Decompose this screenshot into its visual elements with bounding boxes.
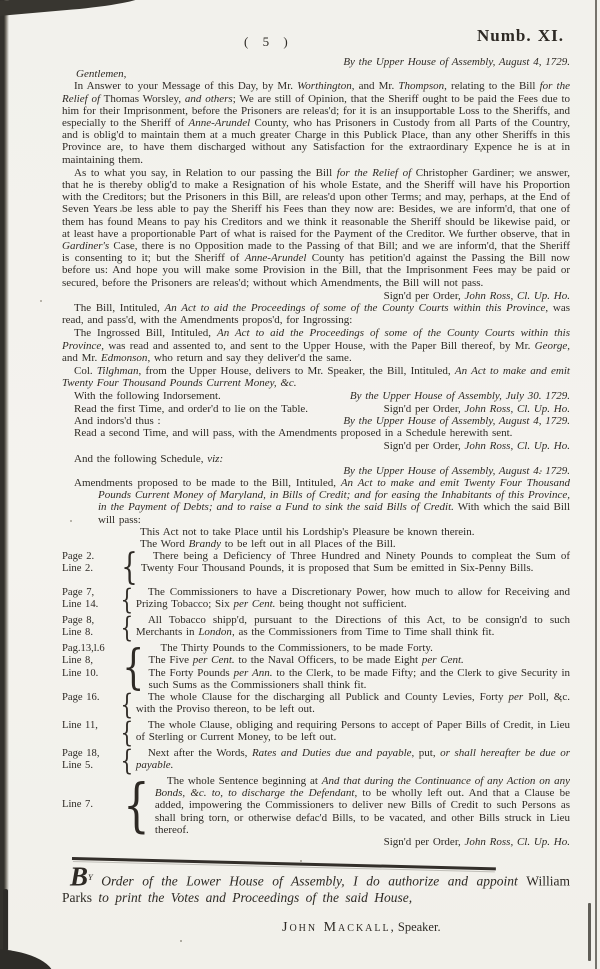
text-segment: Col. bbox=[74, 365, 97, 377]
text-segment: per Cent. bbox=[422, 654, 464, 666]
dateline-upper-house-aug: By the Upper House of Assembly, August 4… bbox=[62, 56, 570, 68]
schedule-label: Line 10. bbox=[62, 668, 118, 680]
schedule-row-page2: Page 2. Line 2. There being a Deficiency… bbox=[62, 550, 570, 586]
dateline-upper-house-aug-2: By the Upper House of Assembly, August 4… bbox=[343, 415, 570, 427]
signoff-john-ross-2: Sign'd per Order, John Ross, Cl. Up. Ho. bbox=[384, 403, 570, 415]
text-segment: By the Upper House of Assembly, July 30.… bbox=[350, 390, 570, 402]
dateline-upper-house-aug-3: By the Upper House of Assembly, August 4… bbox=[62, 465, 570, 477]
paragraph-bill-read: The Bill, Intituled, An Act to aid the P… bbox=[62, 302, 570, 326]
schedule-labels: Page 8, Line 8. bbox=[62, 614, 118, 642]
scanned-document-page: ( 5 ) Numb. XI. By the Upper House of As… bbox=[0, 0, 600, 969]
text-segment: John Ross, Cl. Up. Ho. bbox=[465, 403, 570, 415]
ink-smear-top-left bbox=[0, 0, 142, 17]
schedule-label: Line 11, bbox=[62, 720, 118, 732]
text-segment: John Ross, Cl. Up. Ho. bbox=[465, 290, 570, 302]
schedule-text: The Commissioners to have a Discretionar… bbox=[136, 586, 570, 614]
brace-glyph bbox=[118, 691, 136, 719]
schedule-label: Page 2. bbox=[62, 551, 118, 563]
text-segment: Anne-Arundel bbox=[189, 117, 251, 129]
text-segment: , as the Commissioners from Time to Time… bbox=[232, 626, 494, 638]
read-first-time: Read the first Time, and order'd to lie … bbox=[62, 403, 308, 415]
text-segment: Sign'd per Order, bbox=[384, 290, 465, 302]
text-segment: , who return and say they deliver'd the … bbox=[147, 352, 351, 364]
text-segment: Order of the Lower House of Assembly, I … bbox=[93, 874, 527, 889]
salutation: Gentlemen, bbox=[62, 68, 570, 80]
text-segment: The Ingrossed Bill, Intituled, bbox=[74, 327, 217, 339]
text-segment: , and Mr. bbox=[352, 80, 399, 92]
text-segment: London bbox=[198, 626, 232, 638]
text-segment: John Mackall bbox=[282, 920, 391, 935]
text-segment: By the Upper House of Assembly, August 4… bbox=[343, 415, 570, 427]
schedule-row-page13: Pag.13,l.6 Line 8, Line 10. The Thirty P… bbox=[62, 642, 570, 691]
text-segment: , Speaker. bbox=[391, 920, 441, 934]
text-segment: per Ann. bbox=[234, 667, 273, 679]
schedule-label: Page 18, bbox=[62, 748, 118, 760]
ink-blot-bottom-left bbox=[0, 949, 54, 969]
page-header: ( 5 ) Numb. XI. bbox=[62, 30, 570, 56]
text-segment: being thought not sufficient. bbox=[275, 598, 406, 610]
text-segment: , was read and assented to, and sent to … bbox=[101, 340, 534, 352]
text-segment: The whole Clause, obliging and requiring… bbox=[136, 719, 570, 743]
ink-streak-bottom-left bbox=[3, 889, 8, 951]
issue-number: Numb. XI. bbox=[477, 30, 564, 42]
brace-glyph bbox=[118, 586, 136, 614]
brace-glyph bbox=[118, 642, 149, 691]
paragraph-amendments-proposed: Amendments proposed to be made to the Bi… bbox=[62, 477, 570, 526]
text-segment: , put, bbox=[412, 747, 441, 759]
text-segment: An Act to aid the Proceedings of some of… bbox=[165, 302, 546, 314]
schedule-text: The Thirty Pounds to the Commissioners, … bbox=[149, 642, 570, 691]
text-segment: Amendments proposed to be made to the Bi… bbox=[74, 477, 341, 489]
page-content: ( 5 ) Numb. XI. By the Upper House of As… bbox=[62, 30, 570, 934]
text-segment: There being a Deficiency of Three Hundre… bbox=[141, 550, 570, 574]
schedule-label: Line 14. bbox=[62, 599, 118, 611]
indorsd-thus: And indors'd thus : bbox=[62, 415, 161, 427]
schedule-text: There being a Deficiency of Three Hundre… bbox=[141, 550, 570, 586]
text-segment: to print the Votes and Proceedings of th… bbox=[92, 890, 412, 905]
text-segment: per Cent. bbox=[193, 654, 235, 666]
text-segment: By the Upper House of Assembly, August 4… bbox=[343, 56, 570, 68]
schedule-label: Pag.13,l.6 bbox=[62, 643, 118, 655]
schedule-label: Page 7, bbox=[62, 587, 118, 599]
text-segment: Rates and Duties due and payable bbox=[252, 747, 412, 759]
binding-shadow-left bbox=[0, 0, 9, 969]
schedule-text: All Tobacco shipp'd, pursuant to the Dir… bbox=[136, 614, 570, 642]
schedule-labels: Line 7. bbox=[62, 775, 118, 836]
text-segment: Gentlemen, bbox=[76, 68, 126, 80]
text-segment: , relating to the Bill bbox=[444, 80, 539, 92]
text-segment: The whole Clause for the discharging all… bbox=[148, 691, 509, 703]
schedule-labels: Page 18, Line 5. bbox=[62, 747, 118, 775]
text-segment: The Bill, Intituled, bbox=[74, 302, 165, 314]
dateline-upper-house-july: By the Upper House of Assembly, July 30.… bbox=[350, 390, 570, 402]
text-segment: Sign'd per Order, bbox=[384, 836, 465, 848]
text-segment: Sign'd per Order, bbox=[384, 440, 465, 452]
brace-glyph bbox=[118, 775, 155, 836]
schedule-label: Page 16. bbox=[62, 692, 118, 704]
text-segment: Next after the Words, bbox=[148, 747, 252, 759]
text-segment: And the following Schedule, bbox=[74, 453, 207, 465]
text-segment: , from the Upper House, delivers to Mr. … bbox=[138, 365, 454, 377]
text-segment: The Word bbox=[140, 538, 189, 550]
schedule-text: The whole Clause, obliging and requiring… bbox=[136, 719, 570, 747]
schedule-row-page7: Page 7, Line 14. The Commissioners to ha… bbox=[62, 586, 570, 614]
page-edge-line-right bbox=[595, 0, 597, 969]
paragraph-answer-to-message: In Answer to your Message of this Day, b… bbox=[62, 80, 570, 165]
schedule-label: Line 8, bbox=[62, 655, 118, 667]
schedule-row-line7: Line 7. The whole Sentence beginning at … bbox=[62, 775, 570, 836]
amendment-general-lordship: This Act not to take Place until his Lor… bbox=[62, 526, 570, 538]
text-segment: As to what you say, in Relation to our p… bbox=[74, 167, 337, 179]
schedule-labels: Page 7, Line 14. bbox=[62, 586, 118, 614]
schedule-follows: And the following Schedule, viz: bbox=[62, 453, 570, 465]
text-segment: Tilghman bbox=[97, 365, 139, 377]
divider-rule bbox=[72, 857, 496, 870]
paragraph-read-second-time: Read a second Time, and will pass, with … bbox=[62, 427, 570, 439]
brace-glyph bbox=[118, 719, 136, 747]
amendment-general-brandy: The Word Brandy to be left out in all Pl… bbox=[62, 538, 570, 550]
text-segment: per Cent. bbox=[233, 598, 275, 610]
schedule-labels: Page 2. Line 2. bbox=[62, 550, 118, 586]
text-segment: The whole Sentence beginning at bbox=[167, 775, 322, 787]
text-segment: to the Naval Officers, to be made Eight bbox=[235, 654, 422, 666]
read-first-row: Read the first Time, and order'd to lie … bbox=[62, 403, 570, 415]
indorsement-row: With the following Indorsement. By the U… bbox=[62, 390, 570, 402]
text-segment: Thomas Worsley, bbox=[100, 93, 185, 105]
paragraph-ingrossed-bill: The Ingrossed Bill, Intituled, An Act to… bbox=[62, 327, 570, 364]
text-segment: Sign'd per Order, bbox=[384, 403, 465, 415]
text-segment: John Ross, Cl. Up. Ho. bbox=[465, 836, 570, 848]
brace-glyph bbox=[118, 550, 141, 586]
text-segment: By the Upper House of Assembly, August 4… bbox=[343, 465, 570, 477]
signoff-john-ross-1: Sign'd per Order, John Ross, Cl. Up. Ho. bbox=[62, 290, 570, 302]
text-segment: and others bbox=[185, 93, 233, 105]
schedule-label: Line 8. bbox=[62, 627, 118, 639]
schedule-label: Line 2. bbox=[62, 563, 118, 575]
paragraph-gardiner-relief: As to what you say, in Relation to our p… bbox=[62, 167, 570, 289]
schedule-row-page16: Page 16. The whole Clause for the discha… bbox=[62, 691, 570, 719]
speaker-signature: John Mackall, Speaker. bbox=[62, 921, 570, 934]
indorsement-label: With the following Indorsement. bbox=[62, 390, 221, 402]
schedule-text: The whole Clause for the discharging all… bbox=[136, 691, 570, 719]
text-segment: Thompson bbox=[398, 80, 444, 92]
schedule-label: Line 7. bbox=[62, 799, 118, 811]
text-segment: B bbox=[70, 862, 88, 892]
text-segment: to be left out in all Places of the Bill… bbox=[221, 538, 396, 550]
schedule-label: Page 8, bbox=[62, 615, 118, 627]
text-segment: Brandy bbox=[189, 538, 221, 550]
schedule-label: Line 5. bbox=[62, 760, 118, 772]
text-segment: George bbox=[535, 340, 568, 352]
text-segment: In Answer to your Message of this Day, b… bbox=[74, 80, 297, 92]
ink-mark-bottom-right bbox=[588, 903, 591, 961]
text-segment: Read the first Time, and order'd to lie … bbox=[74, 403, 308, 415]
printing-authorization: BY Order of the Lower House of Assembly,… bbox=[62, 870, 570, 907]
text-segment: This Act not to take Place until his Lor… bbox=[140, 526, 474, 538]
indorsd-thus-row: And indors'd thus : By the Upper House o… bbox=[62, 415, 570, 427]
text-segment: The Forty Pounds bbox=[149, 667, 234, 679]
page-number: ( 5 ) bbox=[244, 36, 293, 48]
text-segment: Edmonson bbox=[101, 352, 147, 364]
text-segment: John Ross, Cl. Up. Ho. bbox=[465, 440, 570, 452]
text-segment: Gardiner's bbox=[62, 240, 109, 252]
text-segment: Anne-Arundel bbox=[245, 252, 307, 264]
text-segment: for the Relief of bbox=[337, 167, 411, 179]
paragraph-tilghman-delivers: Col. Tilghman, from the Upper House, del… bbox=[62, 365, 570, 389]
text-segment: The Thirty Pounds to the Commissioners, … bbox=[161, 642, 433, 654]
text-segment: viz: bbox=[207, 453, 223, 465]
schedule-labels: Page 16. bbox=[62, 691, 118, 719]
text-segment: With the following Indorsement. bbox=[74, 390, 221, 402]
schedule-text: The whole Sentence beginning at And that… bbox=[155, 775, 570, 836]
schedule-labels: Line 11, bbox=[62, 719, 118, 747]
text-segment: And indors'd thus : bbox=[74, 415, 161, 427]
schedule-text: Next after the Words, Rates and Duties d… bbox=[136, 747, 570, 775]
schedule-labels: Pag.13,l.6 Line 8, Line 10. bbox=[62, 642, 118, 691]
text-segment: Read a second Time, and will pass, with … bbox=[74, 427, 512, 439]
signoff-john-ross-3: Sign'd per Order, John Ross, Cl. Up. Ho. bbox=[62, 440, 570, 452]
schedule-row-line11: Line 11, The whole Clause, obliging and … bbox=[62, 719, 570, 747]
text-segment: Worthington bbox=[297, 80, 352, 92]
text-segment: per bbox=[509, 691, 524, 703]
text-segment: The Five bbox=[149, 654, 193, 666]
